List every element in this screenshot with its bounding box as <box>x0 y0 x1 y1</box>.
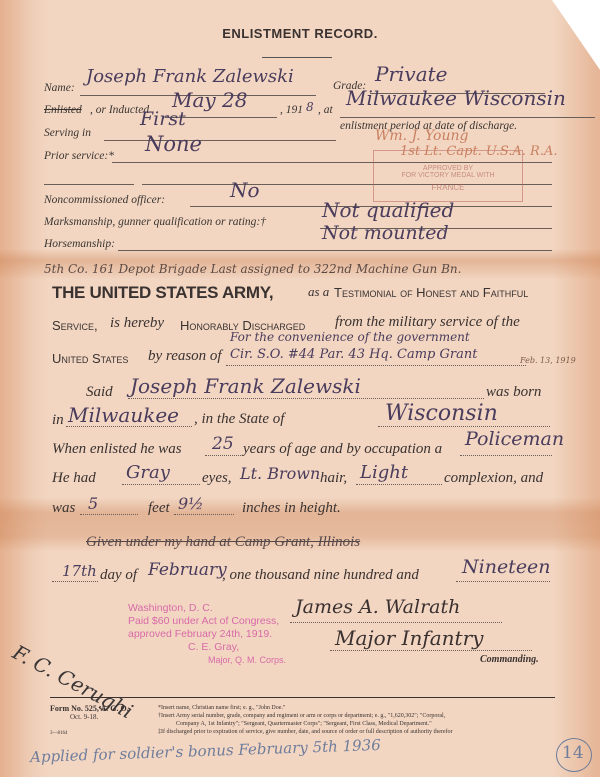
stamp-signature-title: 1st Lt. Capt. U.S.A. R.A. <box>400 144 558 159</box>
grade-value: Private <box>375 62 448 86</box>
year-value: 8 <box>306 100 314 114</box>
form-number: Form No. 525, A. G. O. <box>50 705 129 713</box>
he-had-text: He had <box>52 470 96 487</box>
discharge-reason: Cir. S.O. #44 Par. 43 Hq. Camp Grant <box>230 347 477 362</box>
service-text: Service, <box>52 318 98 333</box>
prior-service-value: None <box>145 132 202 156</box>
feet-label: feet <box>148 500 170 517</box>
document-title: ENLISTMENT RECORD. <box>0 26 600 41</box>
name-value: Joseph Frank Zalewski <box>86 66 294 87</box>
serving-value: First <box>140 108 186 130</box>
testimonial-text: Testimonial of Honest and Faithful <box>334 285 528 300</box>
payment-stamp: Washington, D. C. Paid $60 under Act of … <box>128 602 286 667</box>
said-text: Said <box>86 384 113 401</box>
footnotes: *Insert name, Christian name first; e. g… <box>158 704 453 736</box>
prior-service-label: Prior service:* <box>44 150 114 162</box>
united-states-text: United States <box>52 351 128 366</box>
nco-label: Noncommissioned officer: <box>44 194 165 206</box>
as-a-text: as a <box>308 284 329 300</box>
commanding-officer-signature: James A. Walrath <box>295 596 460 618</box>
day-of-text: day of <box>100 567 137 584</box>
stamp-signature: Wm. J. Young <box>375 128 468 144</box>
birth-state: Wisconsin <box>385 401 498 426</box>
serving-label: Serving in <box>44 127 91 139</box>
by-reason-text: by reason of <box>148 348 222 365</box>
complexion-value: Light <box>360 462 408 483</box>
given-under-text: Given under my hand at Camp Grant, Illin… <box>86 534 360 551</box>
page-number: 14 <box>562 743 584 763</box>
horsemanship-label: Horsemanship: <box>44 238 115 250</box>
induction-place: Milwaukee Wisconsin <box>346 86 566 110</box>
marksmanship-value: Not qualified <box>322 198 454 222</box>
in-text: in <box>52 412 64 429</box>
hair-label: hair, <box>320 470 347 487</box>
occupation-value: Policeman <box>465 428 564 450</box>
title-rule <box>262 57 332 58</box>
height-feet: 5 <box>88 494 98 513</box>
army-heading: THE UNITED STATES ARMY, <box>52 283 273 303</box>
bonus-application-note: Applied for soldier's bonus February 5th… <box>30 736 381 766</box>
one-thousand-text: , one thousand nine hundred and <box>222 567 419 584</box>
name-label: Name: <box>44 82 75 94</box>
height-inches: 9½ <box>178 494 204 513</box>
from-military-text: from the military service of the <box>335 314 520 331</box>
year-label: , 191 <box>280 104 303 116</box>
inches-label: inches in height. <box>242 500 341 517</box>
when-enlisted-text: When enlisted he was <box>52 441 182 458</box>
reason-above: For the convenience of the government <box>230 330 470 344</box>
commanding-label: Commanding. <box>480 654 539 665</box>
said-name: Joseph Frank Zalewski <box>130 374 361 398</box>
form-code: 3—8164 <box>50 730 68 738</box>
birthplace: Milwaukee <box>68 403 179 427</box>
discharge-year-written: Nineteen <box>462 556 551 578</box>
was-born-text: was born <box>486 384 541 401</box>
discharge-day: 17th <box>62 562 97 580</box>
marksmanship-label: Marksmanship, gunner qualification or ra… <box>44 216 266 228</box>
eye-color: Gray <box>126 462 170 483</box>
at-label: , at <box>318 104 333 116</box>
age-value: 25 <box>212 434 234 454</box>
years-of-age-text: years of age and by occupation a <box>243 441 442 458</box>
enlistment-record-document: ENLISTMENT RECORD. Name: Joseph Frank Za… <box>0 0 600 777</box>
hair-color: Lt. Brown <box>240 464 320 483</box>
discharge-month: February <box>148 560 227 580</box>
was-text: was <box>52 500 75 517</box>
assignment-note: 5th Co. 161 Depot Brigade Last assigned … <box>44 262 461 276</box>
horsemanship-value: Not mounted <box>322 222 449 244</box>
discharge-reason-date: Feb. 13, 1919 <box>520 356 576 365</box>
nco-value: No <box>230 178 260 202</box>
eyes-label: eyes, <box>202 470 232 487</box>
is-hereby-text: is hereby <box>110 315 164 332</box>
form-date: Oct. 9-18. <box>70 713 98 721</box>
complexion-label: complexion, and <box>444 470 543 487</box>
officer-rank: Major Infantry <box>335 626 483 650</box>
state-of-text: , in the State of <box>194 411 284 428</box>
enlisted-label-struck: Enlisted <box>44 104 82 116</box>
